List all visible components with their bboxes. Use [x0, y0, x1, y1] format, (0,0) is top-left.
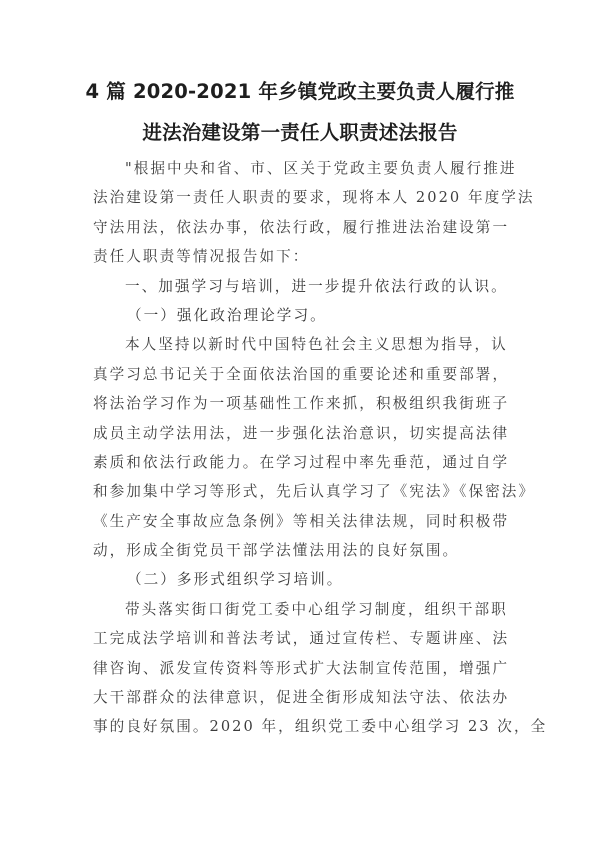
text-line: 成员主动学法用法，进一步强化法治意识，切实提高法律: [93, 419, 513, 448]
section-heading-1: 一、加强学习与培训，进一步提升依法行政的认识。: [93, 272, 513, 301]
document-title-line-1: 4 篇 2020-2021 年乡镇党政主要负责人履行推: [0, 76, 600, 104]
body-paragraph-2: 带头落实街口街党工委中心组学习制度，组织干部职 工完成法学培训和普法考试，通过宣…: [93, 595, 513, 742]
body-paragraph-1: 本人坚持以新时代中国特色社会主义思想为指导，认 真学习总书记关于全面依法治国的重…: [93, 330, 513, 565]
text-line: 责任人职责等情况报告如下：: [93, 242, 513, 271]
document-page: 4 篇 2020-2021 年乡镇党政主要负责人履行推 进法治建设第一责任人职责…: [0, 0, 600, 849]
text-line: 事的良好氛围。2020 年，组织党工委中心组学习 23 次，全: [93, 712, 513, 741]
text-line: "根据中央和省、市、区关于党政主要负责人履行推进: [93, 154, 513, 183]
text-line: 《生产安全事故应急条例》等相关法律法规，同时积极带: [93, 507, 513, 536]
subsection-heading-1: （一）强化政治理论学习。: [93, 301, 513, 330]
text-line: 真学习总书记关于全面依法治国的重要论述和重要部署，: [93, 360, 513, 389]
text-line: 带头落实街口街党工委中心组学习制度，组织干部职: [93, 595, 513, 624]
text-line: 将法治学习作为一项基础性工作来抓，积极组织我街班子: [93, 389, 513, 418]
text-line: 工完成法学培训和普法考试，通过宣传栏、专题讲座、法: [93, 624, 513, 653]
intro-paragraph: "根据中央和省、市、区关于党政主要负责人履行推进 法治建设第一责任人职责的要求，…: [93, 154, 513, 272]
text-line: 法治建设第一责任人职责的要求，现将本人 2020 年度学法: [93, 183, 513, 212]
text-line: 动，形成全街党员干部学法懂法用法的良好氛围。: [93, 536, 513, 565]
text-line: 本人坚持以新时代中国特色社会主义思想为指导，认: [93, 330, 513, 359]
text-line: 大干部群众的法律意识，促进全街形成知法守法、依法办: [93, 683, 513, 712]
subsection-heading-2: （二）多形式组织学习培训。: [93, 565, 513, 594]
text-line: 守法用法，依法办事，依法行政，履行推进法治建设第一: [93, 213, 513, 242]
text-line: 素质和依法行政能力。在学习过程中率先垂范，通过自学: [93, 448, 513, 477]
document-body: "根据中央和省、市、区关于党政主要负责人履行推进 法治建设第一责任人职责的要求，…: [93, 154, 513, 742]
document-title-line-2: 进法治建设第一责任人职责述法报告: [0, 117, 600, 145]
text-line: 和参加集中学习等形式，先后认真学习了《宪法》《保密法》: [93, 477, 513, 506]
text-line: 律咨询、派发宣传资料等形式扩大法制宣传范围，增强广: [93, 654, 513, 683]
